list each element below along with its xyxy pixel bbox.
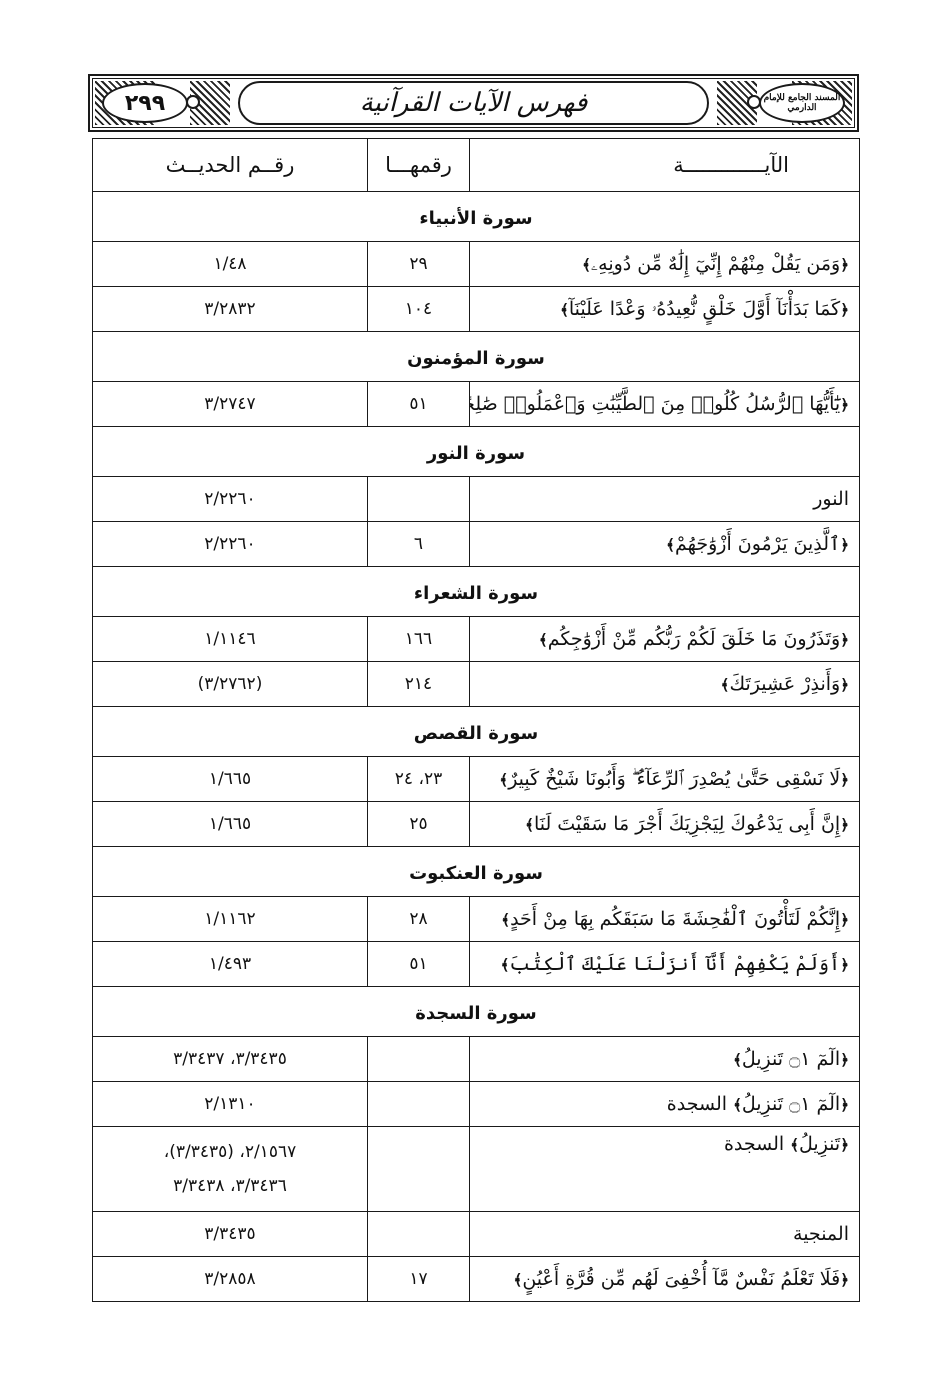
ornate-bracket-open-icon: ﴿ [840, 816, 849, 834]
surah-heading: سورة الشعراء [93, 567, 860, 617]
ornate-bracket-close-icon: ﴾ [501, 911, 510, 929]
verse-index-table: الآيـــــــــــــة رقمهـــا رقــم الحديـ… [92, 138, 860, 1302]
ornate-bracket-close-icon: ﴾ [582, 256, 591, 274]
surah-heading: سورة السجدة [93, 987, 860, 1037]
table-row: ﴿الٓمٓ ۝١ تَنزِيلُ﴾٣/٣٤٣٥، ٣/٣٤٣٧ [93, 1037, 860, 1082]
surah-heading: سورة العنكبوت [93, 847, 860, 897]
hadith-number-cell: ٣/٣٤٣٥ [93, 1212, 368, 1257]
verse-text: تَنزِيلُ [799, 1133, 840, 1155]
table-row: ﴿يَٰٓأَيُّهَا ٱلرُّسُلُ كُلُوا۟ مِنَ ٱلط… [93, 382, 860, 427]
table-row: ﴿فَلَا تَعْلَمُ نَفْسٌ مَّآ أُخْفِىَ لَه… [93, 1257, 860, 1302]
surah-heading-row: سورة النور [93, 427, 860, 477]
hadith-number-cell: ١/٤٩٣ [93, 942, 368, 987]
ornate-bracket-open-icon: ﴿ [840, 911, 849, 929]
ornate-bracket-open-icon: ﴿ [840, 536, 849, 554]
table-header-row: الآيـــــــــــــة رقمهـــا رقــم الحديـ… [93, 139, 860, 192]
verse-cell: ﴿تَنزِيلُ﴾ السجدة [470, 1127, 860, 1212]
table-row: ﴿إِنَّ أَبِى يَدْعُوكَ لِيَجْزِيَكَ أَجْ… [93, 802, 860, 847]
surah-heading-row: سورة السجدة [93, 987, 860, 1037]
ornate-bracket-open-icon: ﴿ [840, 301, 849, 319]
surah-heading: سورة القصص [93, 707, 860, 757]
page-number: ٢٩٩ [125, 91, 165, 116]
table-row: ﴿ٱلَّذِينَ يَرْمُونَ أَزْوَٰجَهُمْ﴾٦٢/٢٢… [93, 522, 860, 567]
ornate-bracket-open-icon: ﴿ [840, 771, 849, 789]
ornate-bracket-open-icon: ﴿ [840, 1271, 849, 1289]
page-number-cartouche: ٢٩٩ [102, 83, 188, 123]
verse-suffix: السجدة [724, 1133, 784, 1155]
ornate-bracket-open-icon: ﴿ [840, 676, 849, 694]
ornate-bracket-close-icon: ﴾ [733, 1096, 742, 1114]
hadith-number-cell: ٢/١٣١٠ [93, 1082, 368, 1127]
column-header-hadith-number: رقــم الحديــث [93, 139, 368, 192]
ornate-bracket-close-icon: ﴾ [525, 816, 534, 834]
verse-number-cell: ٢١٤ [368, 662, 470, 707]
surah-heading-row: سورة الشعراء [93, 567, 860, 617]
table-row: ﴿تَنزِيلُ﴾ السجدة٢/١٥٦٧، (٣/٣٤٣٥)،٣/٣٤٣٦… [93, 1127, 860, 1212]
verse-number-cell: ٥١ [368, 942, 470, 987]
verse-number-cell [368, 1037, 470, 1082]
ornate-bracket-close-icon: ﴾ [733, 1051, 742, 1069]
verse-cell: ﴿ٱلَّذِينَ يَرْمُونَ أَزْوَٰجَهُمْ﴾ [470, 522, 860, 567]
verse-text: فَلَا تَعْلَمُ نَفْسٌ مَّآ أُخْفِىَ لَهُ… [522, 1268, 840, 1290]
verse-suffix: السجدة [667, 1093, 727, 1115]
hadith-number-cell: (٣/٢٧٦٢) [93, 662, 368, 707]
ornate-bracket-open-icon: ﴿ [840, 631, 849, 649]
page-header-ornament: ٢٩٩ فهرس الآيات القرآنية المسند الجامع ل… [88, 74, 859, 132]
verse-text: إِنَّ أَبِى يَدْعُوكَ لِيَجْزِيَكَ أَجْر… [534, 813, 840, 835]
surah-heading-row: سورة الأنبياء [93, 192, 860, 242]
surah-heading-row: سورة القصص [93, 707, 860, 757]
verse-number-cell: ٥١ [368, 382, 470, 427]
table-row: المنجية٣/٣٤٣٥ [93, 1212, 860, 1257]
verse-cell: ﴿أَوَلَمْ يَكْفِهِمْ أَنَّآ أَنزَلْنَا ع… [470, 942, 860, 987]
hadith-number-cell: ١/٦٦٥ [93, 802, 368, 847]
verse-cell: ﴿وَأَنذِرْ عَشِيرَتَكَ﴾ [470, 662, 860, 707]
table-row: ﴿وَمَن يَقُلْ مِنْهُمْ إِنِّيٓ إِلَٰهٌ م… [93, 242, 860, 287]
hadith-number-line: ٢/١٥٦٧، (٣/٣٤٣٥)، [103, 1135, 357, 1169]
hadith-number-cell: ٣/٢٨٣٢ [93, 287, 368, 332]
ornate-bracket-close-icon: ﴾ [790, 1136, 799, 1154]
ornate-bracket-close-icon: ﴾ [499, 771, 508, 789]
verse-cell: ﴿يَٰٓأَيُّهَا ٱلرُّسُلُ كُلُوا۟ مِنَ ٱلط… [470, 382, 860, 427]
hadith-number-cell: ١/٦٦٥ [93, 757, 368, 802]
surah-heading: سورة الأنبياء [93, 192, 860, 242]
verse-text: يَٰٓأَيُّهَا ٱلرُّسُلُ كُلُوا۟ مِنَ ٱلطَ… [470, 393, 841, 415]
verse-number-cell: ٦ [368, 522, 470, 567]
column-header-verse-number: رقمهـــا [368, 139, 470, 192]
table-row: ﴿كَمَا بَدَأْنَآ أَوَّلَ خَلْقٍ نُّعِيدُ… [93, 287, 860, 332]
verse-cell: ﴿إِنَّ أَبِى يَدْعُوكَ لِيَجْزِيَكَ أَجْ… [470, 802, 860, 847]
verse-number-cell [368, 1127, 470, 1212]
table-row: ﴿لَا نَسْقِى حَتَّىٰ يُصْدِرَ ٱلرِّعَآءُ… [93, 757, 860, 802]
ornate-bracket-open-icon: ﴿ [840, 396, 849, 414]
seal-calligraphy-icon: المسند الجامع للإمام الدارمي [761, 93, 843, 113]
surah-heading-row: سورة المؤمنون [93, 332, 860, 382]
verse-cell: ﴿كَمَا بَدَأْنَآ أَوَّلَ خَلْقٍ نُّعِيدُ… [470, 287, 860, 332]
table-row: النور٢/٢٢٦٠ [93, 477, 860, 522]
hadith-number-line: ٣/٣٤٣٦، ٣/٣٤٣٨ [103, 1169, 357, 1203]
surah-heading-row: سورة العنكبوت [93, 847, 860, 897]
verse-text: وَتَذَرُونَ مَا خَلَقَ لَكُمْ رَبُّكُم م… [548, 628, 841, 650]
table-row: ﴿أَوَلَمْ يَكْفِهِمْ أَنَّآ أَنزَلْنَا ع… [93, 942, 860, 987]
verse-cell: ﴿الٓمٓ ۝١ تَنزِيلُ﴾ السجدة [470, 1082, 860, 1127]
hadith-number-cell: ٢/٢٢٦٠ [93, 477, 368, 522]
surah-heading: سورة النور [93, 427, 860, 477]
ornate-bracket-open-icon: ﴿ [840, 1136, 849, 1154]
ornate-bracket-close-icon: ﴾ [666, 536, 675, 554]
ornate-bracket-open-icon: ﴿ [840, 1051, 849, 1069]
table-row: ﴿إِنَّكُمْ لَتَأْتُونَ ٱلْفَٰحِشَةَ مَا … [93, 897, 860, 942]
table-row: ﴿وَأَنذِرْ عَشِيرَتَكَ﴾٢١٤(٣/٢٧٦٢) [93, 662, 860, 707]
verse-text: الٓمٓ ۝١ تَنزِيلُ [742, 1093, 840, 1115]
table-row: ﴿الٓمٓ ۝١ تَنزِيلُ﴾ السجدة٢/١٣١٠ [93, 1082, 860, 1127]
verse-cell: ﴿إِنَّكُمْ لَتَأْتُونَ ٱلْفَٰحِشَةَ مَا … [470, 897, 860, 942]
ornate-bracket-close-icon: ﴾ [539, 631, 548, 649]
title-band: فهرس الآيات القرآنية [238, 81, 709, 125]
verse-text: الٓمٓ ۝١ تَنزِيلُ [742, 1048, 840, 1070]
running-title: فهرس الآيات القرآنية [360, 88, 588, 118]
verse-text: وَأَنذِرْ عَشِيرَتَكَ [729, 673, 840, 695]
verse-text: ٱلَّذِينَ يَرْمُونَ أَزْوَٰجَهُمْ [675, 533, 840, 555]
table-row: ﴿وَتَذَرُونَ مَا خَلَقَ لَكُمْ رَبُّكُم … [93, 617, 860, 662]
hadith-number-cell: ٢/١٥٦٧، (٣/٣٤٣٥)،٣/٣٤٣٦، ٣/٣٤٣٨ [93, 1127, 368, 1212]
ornate-bracket-open-icon: ﴿ [840, 256, 849, 274]
column-header-verse: الآيـــــــــــــة [470, 139, 860, 192]
surah-heading: سورة المؤمنون [93, 332, 860, 382]
verse-text: أَوَلَمْ يَكْفِهِمْ أَنَّآ أَنزَلْنَا عَ… [509, 953, 840, 975]
seal-medallion: المسند الجامع للإمام الدارمي [759, 83, 845, 123]
hadith-number-cell: ٢/٢٢٦٠ [93, 522, 368, 567]
verse-text: المنجية [793, 1223, 849, 1245]
verse-number-cell [368, 1082, 470, 1127]
verse-cell: ﴿وَتَذَرُونَ مَا خَلَقَ لَكُمْ رَبُّكُم … [470, 617, 860, 662]
verse-cell: ﴿الٓمٓ ۝١ تَنزِيلُ﴾ [470, 1037, 860, 1082]
verse-cell: النور [470, 477, 860, 522]
ornate-bracket-close-icon: ﴾ [560, 301, 569, 319]
hadith-number-cell: ٣/٢٧٤٧ [93, 382, 368, 427]
verse-text: النور [813, 488, 849, 510]
hadith-number-cell: ١/١١٦٢ [93, 897, 368, 942]
verse-cell: ﴿فَلَا تَعْلَمُ نَفْسٌ مَّآ أُخْفِىَ لَه… [470, 1257, 860, 1302]
verse-cell: المنجية [470, 1212, 860, 1257]
verse-text: وَمَن يَقُلْ مِنْهُمْ إِنِّيٓ إِلَٰهٌ مِ… [591, 253, 840, 275]
verse-text: كَمَا بَدَأْنَآ أَوَّلَ خَلْقٍ نُّعِيدُه… [569, 298, 840, 320]
hadith-number-cell: ١/١١٤٦ [93, 617, 368, 662]
hadith-number-cell: ١/٤٨ [93, 242, 368, 287]
verse-number-cell: ٢٥ [368, 802, 470, 847]
verse-number-cell: ١٠٤ [368, 287, 470, 332]
verse-number-cell [368, 477, 470, 522]
table-body: سورة الأنبياء﴿وَمَن يَقُلْ مِنْهُمْ إِنِ… [93, 192, 860, 1302]
verse-text: لَا نَسْقِى حَتَّىٰ يُصْدِرَ ٱلرِّعَآءُ … [508, 768, 840, 790]
verse-cell: ﴿وَمَن يَقُلْ مِنْهُمْ إِنِّيٓ إِلَٰهٌ م… [470, 242, 860, 287]
hadith-number-cell: ٣/٢٨٥٨ [93, 1257, 368, 1302]
ornate-bracket-open-icon: ﴿ [840, 1096, 849, 1114]
verse-cell: ﴿لَا نَسْقِى حَتَّىٰ يُصْدِرَ ٱلرِّعَآءُ… [470, 757, 860, 802]
verse-number-cell [368, 1212, 470, 1257]
verse-number-cell: ١٦٦ [368, 617, 470, 662]
verse-number-cell: ٢٩ [368, 242, 470, 287]
ornament-knot-icon [186, 95, 200, 109]
verse-number-cell: ١٧ [368, 1257, 470, 1302]
verse-number-cell: ٢٨ [368, 897, 470, 942]
verse-number-cell: ٢٣، ٢٤ [368, 757, 470, 802]
ornate-bracket-open-icon: ﴿ [840, 956, 849, 974]
hadith-number-cell: ٣/٣٤٣٥، ٣/٣٤٣٧ [93, 1037, 368, 1082]
verse-text: إِنَّكُمْ لَتَأْتُونَ ٱلْفَٰحِشَةَ مَا س… [510, 908, 840, 930]
